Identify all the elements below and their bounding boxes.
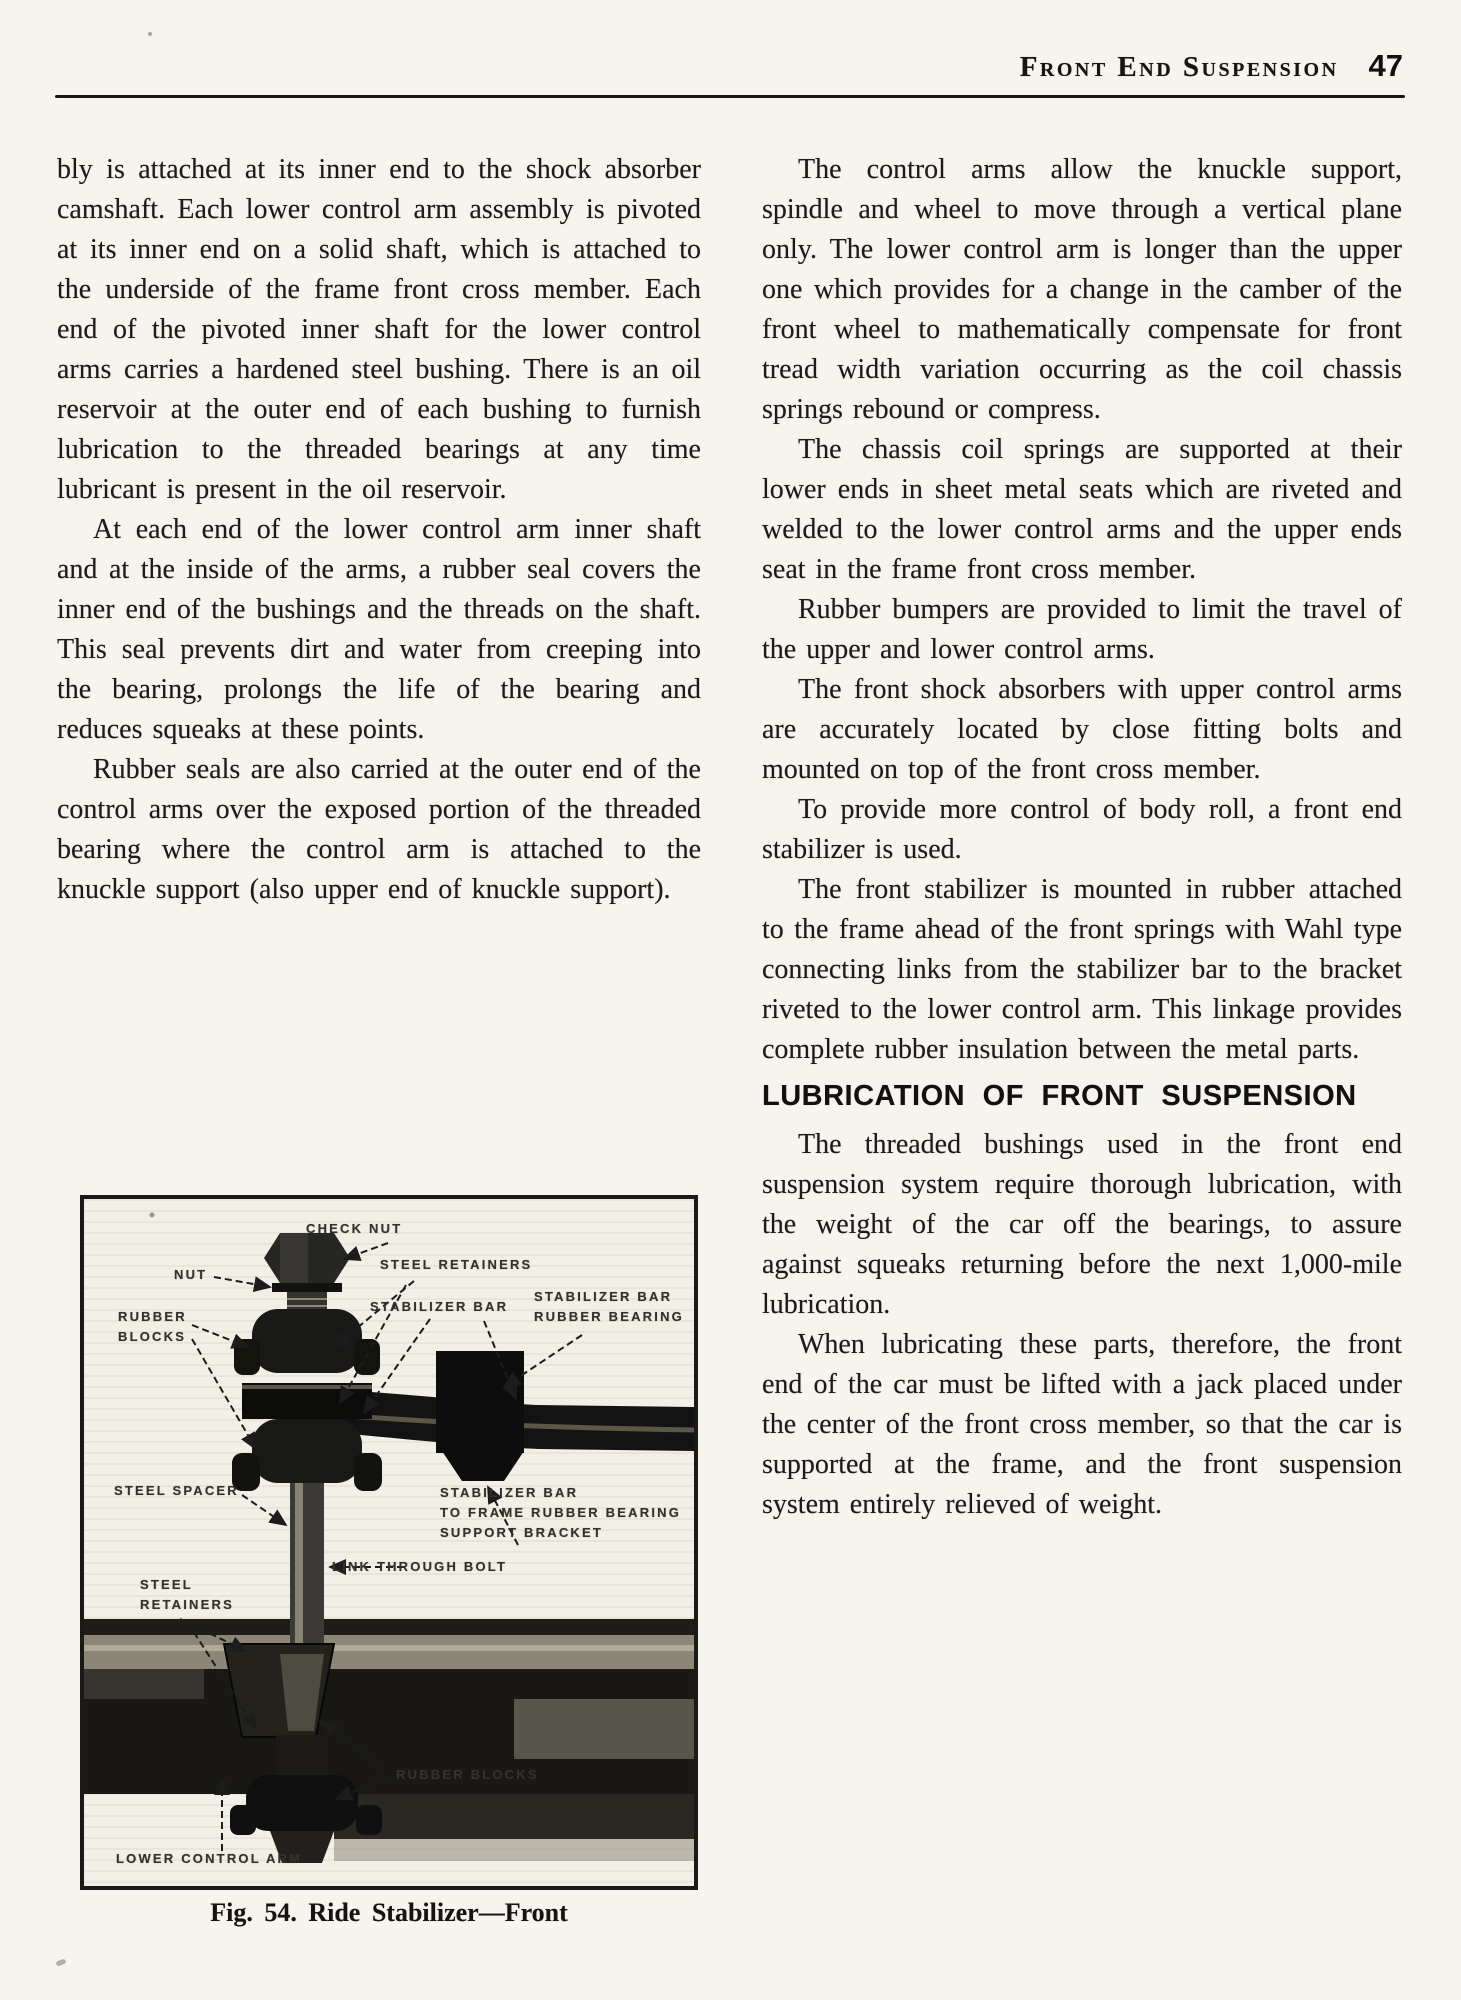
figure-label-steel-retainers-top: STEEL RETAINERS xyxy=(380,1255,532,1275)
figure-label-nut: NUT xyxy=(174,1265,207,1285)
paragraph: The threaded bushings used in the front … xyxy=(762,1125,1402,1325)
figure-label-link-through-bolt: LINK THROUGH BOLT xyxy=(332,1557,507,1577)
figure-label-steel-spacer: STEEL SPACER xyxy=(114,1481,239,1501)
paragraph-continuation: bly is attached at its inner end to the … xyxy=(57,150,701,510)
figure-label-stabilizer-bar-rubber-bearing: STABILIZER BAR RUBBER BEARING xyxy=(534,1287,684,1327)
figure-label-stabilizer-bar: STABILIZER BAR xyxy=(370,1297,508,1317)
paragraph: The control arms allow the knuckle suppo… xyxy=(762,150,1402,430)
figure-ride-stabilizer: CHECK NUT NUT STEEL RETAINERS STABILIZER… xyxy=(80,1195,698,1890)
paragraph: At each end of the lower control arm inn… xyxy=(57,510,701,750)
frame-and-arm-bands xyxy=(84,1619,694,1861)
paragraph: Rubber bumpers are provided to limit the… xyxy=(762,590,1402,670)
paragraph: Rubber seals are also carried at the out… xyxy=(57,750,701,910)
header-rule xyxy=(55,95,1405,98)
left-column: bly is attached at its inner end to the … xyxy=(57,150,701,1196)
paragraph: The front stabilizer is mounted in rubbe… xyxy=(762,870,1402,1070)
paragraph: The front shock absorbers with upper con… xyxy=(762,670,1402,790)
page-number: 47 xyxy=(1369,48,1403,84)
page-header: Front End Suspension 47 xyxy=(1020,48,1403,84)
rubber-bearing-bracket-shape xyxy=(436,1351,524,1481)
scan-speck xyxy=(55,1958,66,1966)
figure-label-rubber-blocks-upper: RUBBER BLOCKS xyxy=(118,1307,187,1347)
figure-label-lower-control-arm: LOWER CONTROL ARM xyxy=(116,1849,302,1869)
right-column: The control arms allow the knuckle suppo… xyxy=(762,150,1402,1525)
paragraph: When lubricating these parts, therefore,… xyxy=(762,1325,1402,1525)
figure-label-rubber-blocks-lower: RUBBER BLOCKS xyxy=(396,1765,539,1785)
paragraph: To provide more control of body roll, a … xyxy=(762,790,1402,870)
figure-caption: Fig. 54. Ride Stabilizer—Front xyxy=(80,1898,698,1928)
running-head-title: Front End Suspension xyxy=(1020,51,1339,84)
figure-label-stabilizer-bar-to-frame: STABILIZER BAR TO FRAME RUBBER BEARING S… xyxy=(440,1483,681,1543)
manual-page: Front End Suspension 47 bly is attached … xyxy=(0,0,1461,2000)
scan-speck xyxy=(148,32,152,36)
section-heading-lubrication: LUBRICATION OF FRONT SUSPENSION xyxy=(762,1080,1402,1113)
figure-label-check-nut: CHECK NUT xyxy=(306,1219,402,1239)
figure-label-steel-retainers-lower: STEEL RETAINERS xyxy=(140,1575,234,1615)
paragraph: The chassis coil springs are supported a… xyxy=(762,430,1402,590)
